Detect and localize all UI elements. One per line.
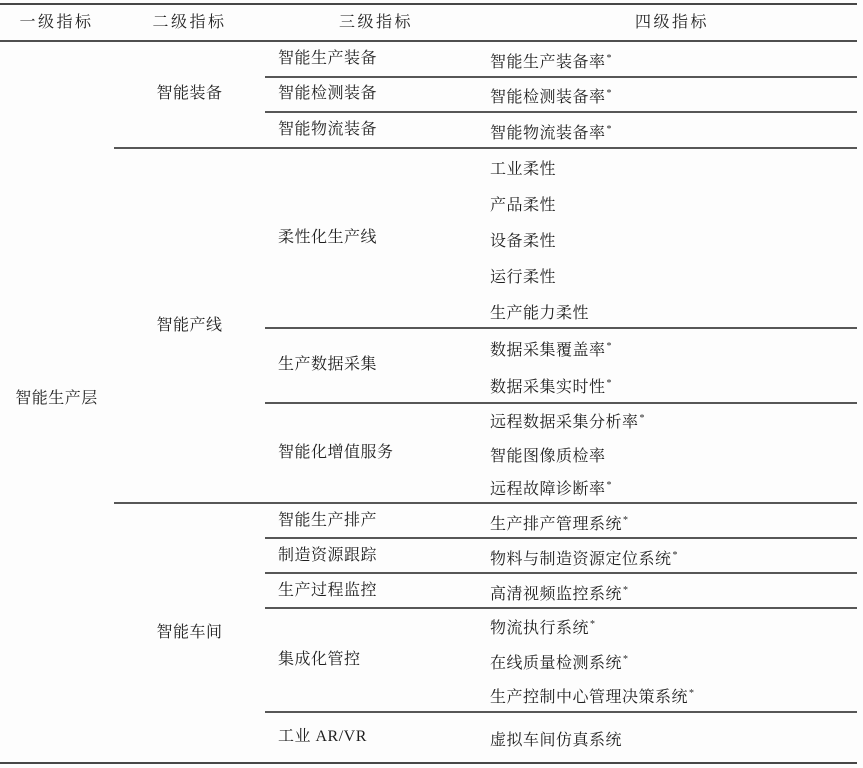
level4-cell: 物流执行系统*: [490, 613, 595, 641]
note-asterisk: [589, 304, 590, 315]
note-asterisk: *: [606, 378, 612, 389]
header-level4-indicator: 四级指标: [487, 11, 857, 35]
level4-cell: 智能图像质检率: [490, 441, 607, 469]
rule-row-sep: [265, 111, 857, 113]
level1-cell: 智能生产层: [0, 387, 113, 411]
rule-row-sep: [265, 327, 857, 329]
rule-row-sep: [265, 76, 857, 78]
note-asterisk: [556, 196, 557, 207]
note-asterisk: *: [622, 654, 628, 665]
note-asterisk: *: [688, 688, 694, 699]
level3-cell: 生产数据采集: [278, 353, 377, 377]
rule-bottom-border: [0, 762, 857, 764]
level4-cell: 高清视频监控系统*: [490, 579, 628, 607]
level4-cell: 数据采集覆盖率*: [490, 335, 612, 363]
level4-cell: 智能检测装备率*: [490, 82, 612, 110]
rule-header-bottom: [0, 40, 857, 42]
level3-cell: 智能检测装备: [278, 82, 377, 106]
note-asterisk: [606, 447, 607, 458]
level3-cell: 生产过程监控: [278, 579, 377, 603]
level4-cell: 智能生产装备率*: [490, 47, 612, 75]
note-asterisk: *: [672, 550, 678, 561]
note-asterisk: *: [622, 585, 628, 596]
note-asterisk: *: [639, 413, 645, 424]
level2-cell: 智能车间: [114, 621, 265, 645]
level4-cell: 工业柔性: [490, 154, 557, 182]
rule-group-sep: [114, 502, 857, 504]
level4-cell: 生产控制中心管理决策系统*: [490, 682, 694, 710]
level3-cell: 柔性化生产线: [278, 226, 377, 250]
level3-cell: 工业 AR/VR: [278, 725, 367, 749]
level3-cell: 智能生产排产: [278, 509, 377, 533]
level4-cell: 生产能力柔性: [490, 298, 590, 326]
level4-cell: 远程数据采集分析率*: [490, 407, 645, 435]
header-level3-indicator: 三级指标: [265, 11, 487, 35]
note-asterisk: *: [606, 124, 612, 135]
level4-cell: 智能物流装备率*: [490, 118, 612, 146]
note-asterisk: [556, 232, 557, 243]
level2-cell: 智能产线: [114, 314, 265, 338]
level2-cell: 智能装备: [114, 82, 265, 106]
note-asterisk: *: [606, 88, 612, 99]
level4-cell: 物料与制造资源定位系统*: [490, 544, 678, 572]
rule-group-sep: [114, 147, 857, 149]
rule-top-border: [0, 3, 857, 5]
rule-row-sep: [265, 402, 857, 404]
indicator-table: 一级指标 二级指标 三级指标 四级指标 智能生产层 智能装备 智能产线 智能车间…: [0, 0, 863, 768]
level3-cell: 制造资源跟踪: [278, 544, 377, 568]
level4-cell: 运行柔性: [490, 262, 557, 290]
note-asterisk: [622, 731, 623, 742]
note-asterisk: *: [589, 619, 595, 630]
level4-cell: 数据采集实时性*: [490, 372, 612, 400]
header-level2-indicator: 二级指标: [114, 11, 265, 35]
note-asterisk: *: [606, 53, 612, 64]
level3-cell: 智能化增值服务: [278, 441, 394, 465]
note-asterisk: [556, 160, 557, 171]
note-asterisk: *: [622, 515, 628, 526]
rule-row-sep: [265, 711, 857, 713]
level4-cell: 产品柔性: [490, 190, 557, 218]
rule-row-sep: [265, 537, 857, 539]
note-asterisk: *: [606, 341, 612, 352]
level3-cell: 集成化管控: [278, 648, 361, 672]
rule-row-sep: [265, 572, 857, 574]
level4-cell: 生产排产管理系统*: [490, 509, 628, 537]
level4-cell: 虚拟车间仿真系统: [490, 725, 623, 753]
header-level1-indicator: 一级指标: [0, 11, 113, 35]
level4-cell: 在线质量检测系统*: [490, 648, 628, 676]
note-asterisk: [556, 268, 557, 279]
level4-cell: 设备柔性: [490, 226, 557, 254]
level3-cell: 智能生产装备: [278, 47, 377, 71]
rule-row-sep: [265, 607, 857, 609]
level4-cell: 远程故障诊断率*: [490, 474, 612, 502]
level3-cell: 智能物流装备: [278, 118, 377, 142]
note-asterisk: *: [606, 480, 612, 491]
